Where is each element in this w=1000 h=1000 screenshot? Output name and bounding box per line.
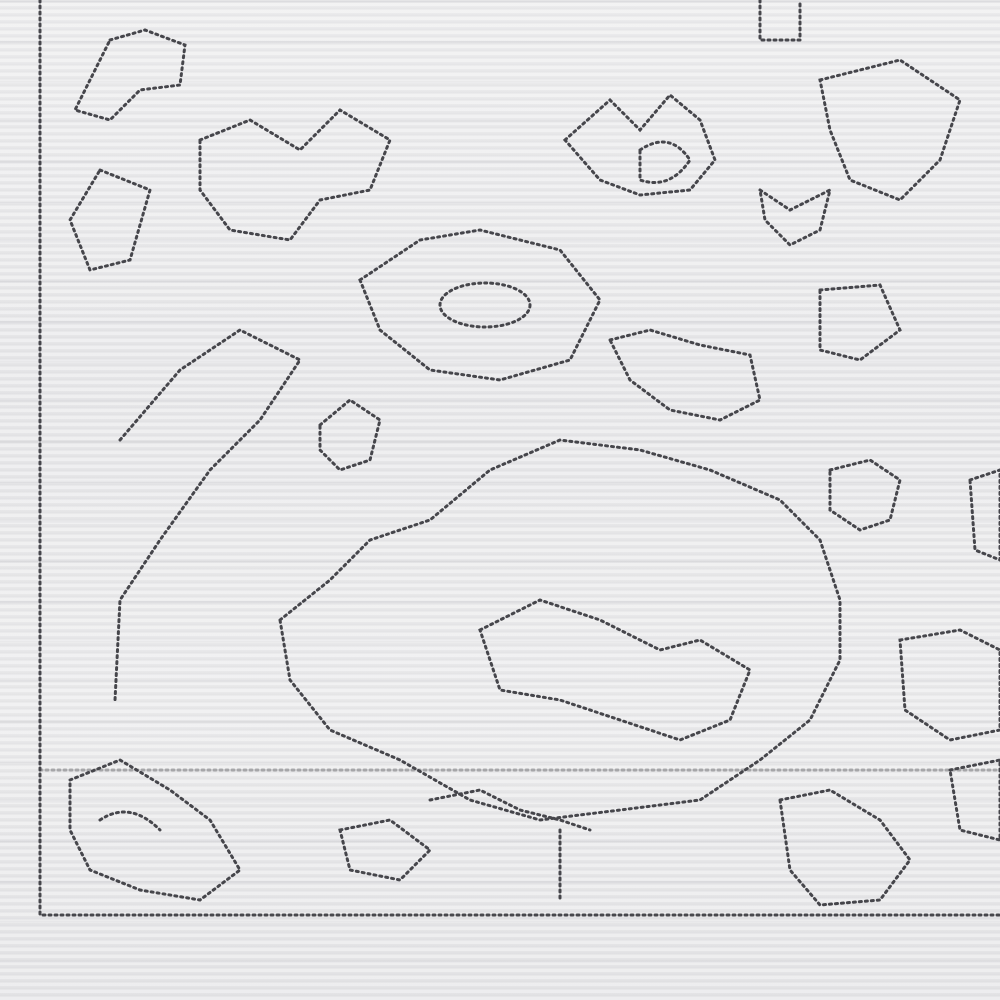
rug-pattern xyxy=(0,0,1000,1000)
rug-photo xyxy=(0,0,1000,1000)
